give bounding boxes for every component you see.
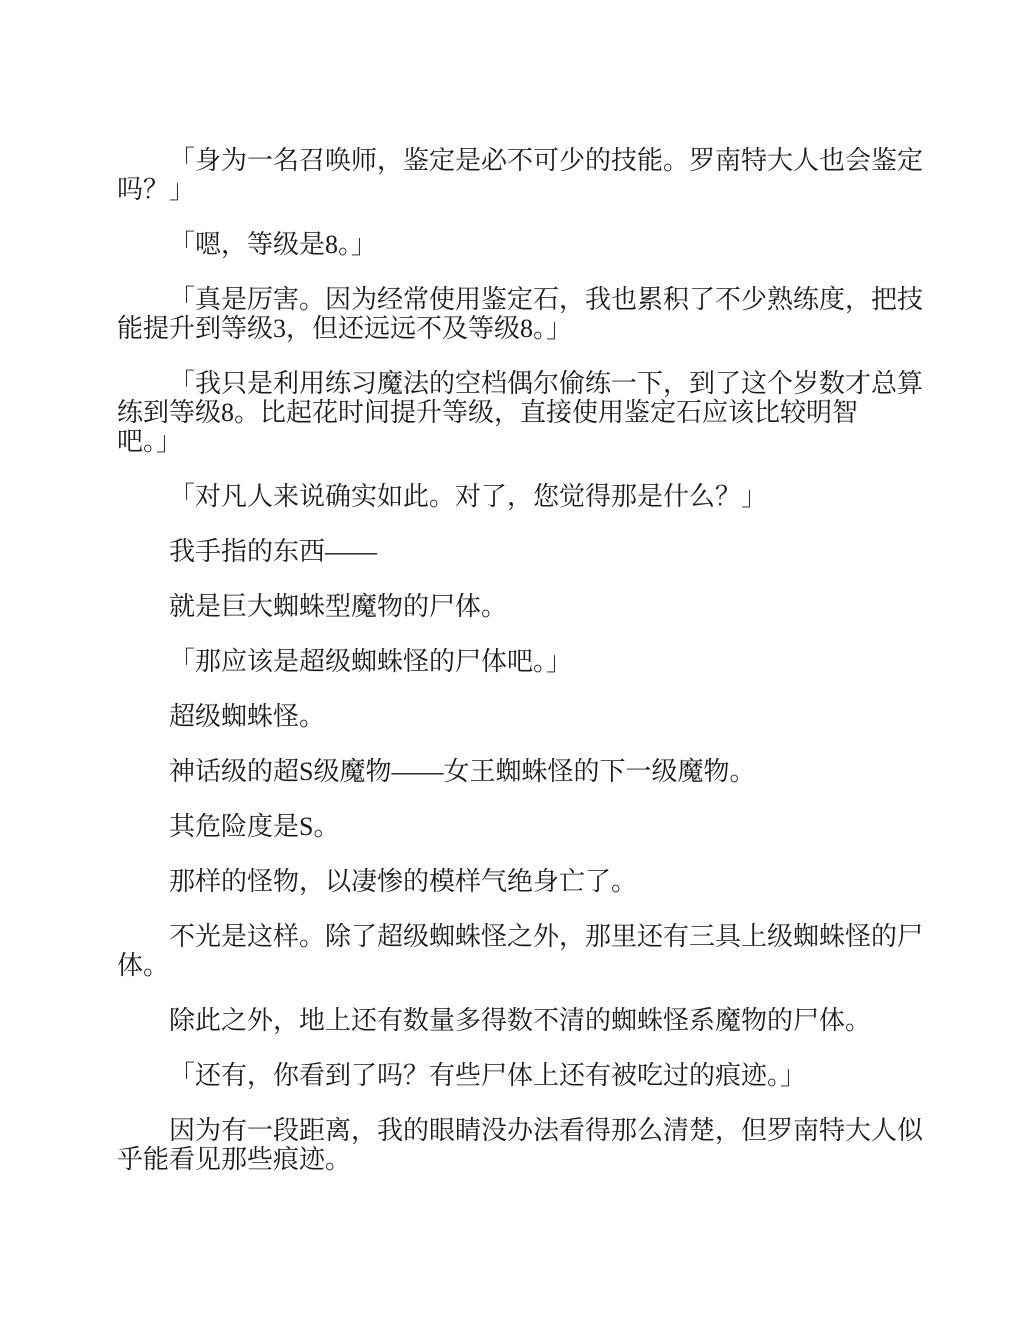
- paragraph: 「那应该是超级蜘蛛怪的尸体吧。」: [117, 647, 929, 676]
- paragraph: 超级蜘蛛怪。: [117, 702, 929, 731]
- paragraph: 「还有，你看到了吗？有些尸体上还有被吃过的痕迹。」: [117, 1061, 929, 1090]
- paragraph: 因为有一段距离，我的眼睛没办法看得那么清楚，但罗南特大人似 乎能看见那些痕迹。: [117, 1116, 929, 1174]
- paragraph: 我手指的东西——: [117, 537, 929, 566]
- paragraph: 那样的怪物，以凄惨的模样气绝身亡了。: [117, 867, 929, 896]
- paragraph: 除此之外，地上还有数量多得数不清的蜘蛛怪系魔物的尸体。: [117, 1006, 929, 1035]
- ebook-page: 「身为一名召唤师，鉴定是必不可少的技能。罗南特大人也会鉴定 吗？」「嗯，等级是8…: [0, 0, 1020, 1320]
- paragraph: 就是巨大蜘蛛型魔物的尸体。: [117, 592, 929, 621]
- paragraph: 不光是这样。除了超级蜘蛛怪之外，那里还有三具上级蜘蛛怪的尸 体。: [117, 922, 929, 980]
- paragraph: 「我只是利用练习魔法的空档偶尔偷练一下，到了这个岁数才总算 练到等级8。比起花时…: [117, 369, 929, 456]
- paragraph: 神话级的超S级魔物——女王蜘蛛怪的下一级魔物。: [117, 757, 929, 786]
- paragraph: 其危险度是S。: [117, 812, 929, 841]
- text-column: 「身为一名召唤师，鉴定是必不可少的技能。罗南特大人也会鉴定 吗？」「嗯，等级是8…: [117, 146, 929, 1174]
- paragraph: 「嗯，等级是8。」: [117, 230, 929, 259]
- paragraph: 「真是厉害。因为经常使用鉴定石，我也累积了不少熟练度，把技 能提升到等级3，但还…: [117, 285, 929, 343]
- paragraph: 「对凡人来说确实如此。对了，您觉得那是什么？」: [117, 482, 929, 511]
- paragraph: 「身为一名召唤师，鉴定是必不可少的技能。罗南特大人也会鉴定 吗？」: [117, 146, 929, 204]
